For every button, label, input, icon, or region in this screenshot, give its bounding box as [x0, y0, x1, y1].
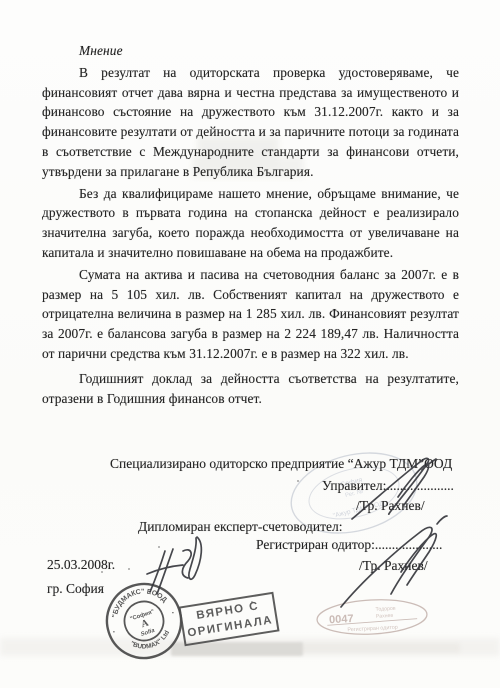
paragraph-annual-report: Годишният доклад за дейността съответств…	[42, 369, 459, 409]
scan-shadow-band	[0, 638, 500, 656]
auditor-seal-name2: Рахнев	[376, 613, 394, 620]
scan-speck	[128, 568, 130, 570]
audit-opinion-text: Мнение В резултат на одиторската проверк…	[42, 41, 459, 410]
certified-copy-stamp: ВЯРНО С ОРИГИНАЛА	[178, 592, 279, 647]
scanned-audit-opinion-page: София Рег. № "Ажур ТДМ" ООД Мнение В рез…	[0, 0, 500, 688]
manager-name: /Тр. Рахнев/	[356, 498, 425, 514]
manager-signature-label: Управител:....................	[322, 478, 454, 494]
paragraph-opinion: В резултат на одиторската проверка удост…	[42, 63, 459, 182]
auditor-seal-name1: Тодоров	[375, 606, 396, 613]
paragraph-figures: Сумата на актива и пасива на счетоводния…	[42, 265, 459, 364]
auditor-name: /Тр. Рахнев/	[359, 558, 428, 574]
document-date: 25.03.2008г.	[47, 557, 115, 573]
auditor-oval-seal: 0047 Тодоров Рахнев Регистриран одитор	[313, 594, 431, 640]
company-round-stamp: "БУДМАКС" ЕООД "BUDMAX" Ltd • • "София" …	[94, 571, 195, 672]
audit-firm-name: Специализирано одиторско предприятие “Аж…	[110, 456, 452, 472]
certified-accountant-label: Дипломиран експерт-счетоводител:	[138, 519, 342, 535]
paragraph-emphasis: Без да квалифицираме нашето мнение, обръ…	[42, 184, 459, 263]
scan-shadow-band	[300, 643, 460, 653]
section-heading: Мнение	[42, 41, 459, 61]
scan-speck	[158, 546, 160, 548]
round-stamp-separator: •	[112, 630, 116, 636]
round-stamp-separator: •	[171, 610, 175, 616]
registered-auditor-label: Регистриран одитор:....................	[256, 537, 442, 553]
